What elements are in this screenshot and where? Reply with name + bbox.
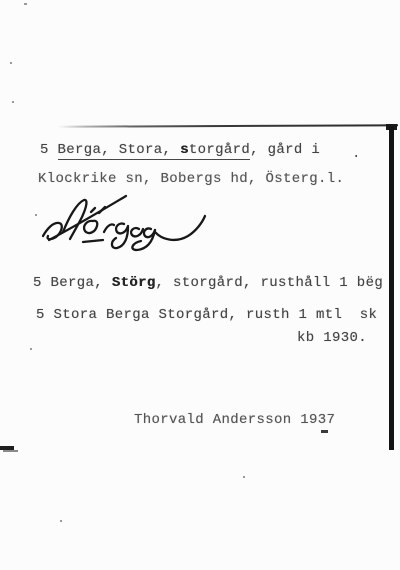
entry-line-source-year: kb 1930.	[297, 330, 367, 346]
handwriting-stroke	[84, 221, 97, 233]
handwriting-stroke	[63, 200, 86, 239]
stray-ink-dot: .	[352, 146, 360, 162]
headword-underlined: Berga, Stora, storgård	[58, 142, 251, 160]
scan-speck	[30, 348, 32, 350]
entry-line-variant-1: 5 Berga, Störg, storgård, rusthåll 1 bëg	[33, 275, 383, 291]
scanned-index-card: 5 Berga, Stora, storgård, gård i . Klock…	[0, 0, 400, 570]
scan-speck	[243, 476, 245, 478]
scan-speck	[35, 214, 37, 216]
variant-bold-name: Störg	[112, 275, 156, 291]
headword-bold-initial: s	[180, 142, 189, 158]
handwriting-stroke	[131, 228, 143, 236]
scan-speck	[10, 62, 12, 64]
scan-speck	[12, 101, 14, 103]
entry-line-variant-2: 5 Stora Berga Storgård, rusth 1 mtl sk	[36, 307, 377, 323]
headword-suffix: , gård i	[250, 142, 320, 158]
vertical-bar	[389, 126, 394, 450]
handwriting-stroke	[43, 223, 62, 239]
card-top-edge-rule	[58, 124, 398, 127]
handwriting-underline-dash	[83, 240, 103, 242]
entry-line-location: Klockrike sn, Bobergs hd, Österg.l.	[38, 171, 344, 187]
margin-mark-tail	[3, 450, 18, 452]
entry-line-headword: 5 Berga, Stora, storgård, gård i	[40, 142, 320, 158]
handwritten-annotation	[36, 190, 216, 256]
handwriting-stroke	[116, 224, 128, 234]
scan-speck	[321, 430, 328, 433]
handwriting-stroke	[155, 216, 205, 240]
scan-speck	[24, 3, 27, 5]
entry-number: 5	[40, 142, 58, 158]
handwriting-stroke	[104, 224, 114, 232]
recorder-name-year: Thorvald Andersson 1937	[134, 412, 335, 428]
scan-speck	[60, 520, 62, 522]
